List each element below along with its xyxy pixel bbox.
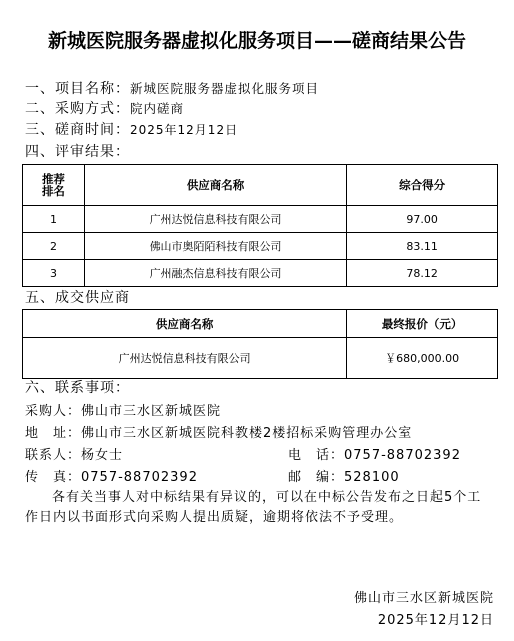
score-header: 综合得分 (347, 165, 498, 206)
supplier-cell: 佛山市奥陌陌科技有限公司 (84, 233, 346, 260)
review-result-heading: 四、评审结果： (25, 143, 130, 161)
signature-date: 2025年12月12日 (378, 609, 494, 628)
contact-person-label: 联系人： (25, 448, 81, 463)
objection-notice: 各有关当事人对中标结果有异议的，可以在中标公告发布之日起5个工作日内以书面形式向… (25, 488, 495, 528)
negotiation-time-value: 2025年12月12日 (130, 123, 238, 137)
zip-line: 邮 编：528100 (288, 466, 400, 485)
supplier-cell: 广州融杰信息科技有限公司 (84, 260, 346, 287)
price-header: 最终报价（元） (347, 310, 498, 338)
contact-person-line: 联系人：杨女士 (25, 444, 123, 463)
procurement-method-value: 院内磋商 (130, 101, 184, 116)
winning-supplier-table: 供应商名称 最终报价（元） 广州达悦信息科技有限公司 ￥680,000.00 (22, 309, 498, 379)
zip-value: 528100 (344, 470, 400, 485)
project-name-line: 一、项目名称：新城医院服务器虚拟化服务项目 (25, 80, 319, 98)
score-cell: 97.00 (347, 206, 498, 233)
buyer-label: 采购人： (25, 404, 81, 419)
table-header-row: 推荐排名 供应商名称 综合得分 (23, 165, 498, 206)
supplier-header: 供应商名称 (23, 310, 347, 338)
rank-header: 推荐排名 (23, 165, 85, 206)
rank-cell: 3 (23, 260, 85, 287)
fax-line: 传 真：0757-88702392 (25, 466, 198, 485)
fax-label: 传 真： (25, 470, 81, 485)
table-row: 广州达悦信息科技有限公司 ￥680,000.00 (23, 338, 498, 379)
page-title: 新城医院服务器虚拟化服务项目——磋商结果公告 (0, 26, 514, 53)
negotiation-time-label: 三、磋商时间： (25, 122, 130, 138)
rank-cell: 1 (23, 206, 85, 233)
phone-value: 0757-88702392 (344, 448, 461, 463)
zip-label: 邮 编： (288, 470, 344, 485)
price-cell: ￥680,000.00 (347, 338, 498, 379)
contact-heading: 六、联系事项： (25, 379, 130, 397)
table-row: 1 广州达悦信息科技有限公司 97.00 (23, 206, 498, 233)
negotiation-time-line: 三、磋商时间：2025年12月12日 (25, 121, 238, 139)
phone-label: 电 话： (288, 448, 344, 463)
supplier-header: 供应商名称 (84, 165, 346, 206)
signature-org: 佛山市三水区新城医院 (354, 587, 494, 606)
winning-supplier-heading: 五、成交供应商 (25, 289, 130, 307)
project-name-label: 一、项目名称： (25, 81, 130, 97)
fax-value: 0757-88702392 (81, 470, 198, 485)
supplier-cell: 广州达悦信息科技有限公司 (23, 338, 347, 379)
address-label: 地 址： (25, 426, 81, 441)
address-value: 佛山市三水区新城医院科教楼2楼招标采购管理办公室 (81, 426, 412, 441)
contact-person-value: 杨女士 (81, 448, 123, 463)
buyer-value: 佛山市三水区新城医院 (81, 404, 221, 419)
review-result-table: 推荐排名 供应商名称 综合得分 1 广州达悦信息科技有限公司 97.00 2 佛… (22, 164, 498, 287)
score-cell: 78.12 (347, 260, 498, 287)
score-cell: 83.11 (347, 233, 498, 260)
buyer-line: 采购人：佛山市三水区新城医院 (25, 400, 221, 419)
phone-line: 电 话：0757-88702392 (288, 444, 461, 463)
table-row: 3 广州融杰信息科技有限公司 78.12 (23, 260, 498, 287)
table-row: 2 佛山市奥陌陌科技有限公司 83.11 (23, 233, 498, 260)
supplier-cell: 广州达悦信息科技有限公司 (84, 206, 346, 233)
procurement-method-label: 二、采购方式： (25, 101, 130, 117)
project-name-value: 新城医院服务器虚拟化服务项目 (130, 81, 319, 96)
rank-cell: 2 (23, 233, 85, 260)
table-header-row: 供应商名称 最终报价（元） (23, 310, 498, 338)
address-line: 地 址：佛山市三水区新城医院科教楼2楼招标采购管理办公室 (25, 422, 412, 441)
procurement-method-line: 二、采购方式：院内磋商 (25, 100, 184, 118)
